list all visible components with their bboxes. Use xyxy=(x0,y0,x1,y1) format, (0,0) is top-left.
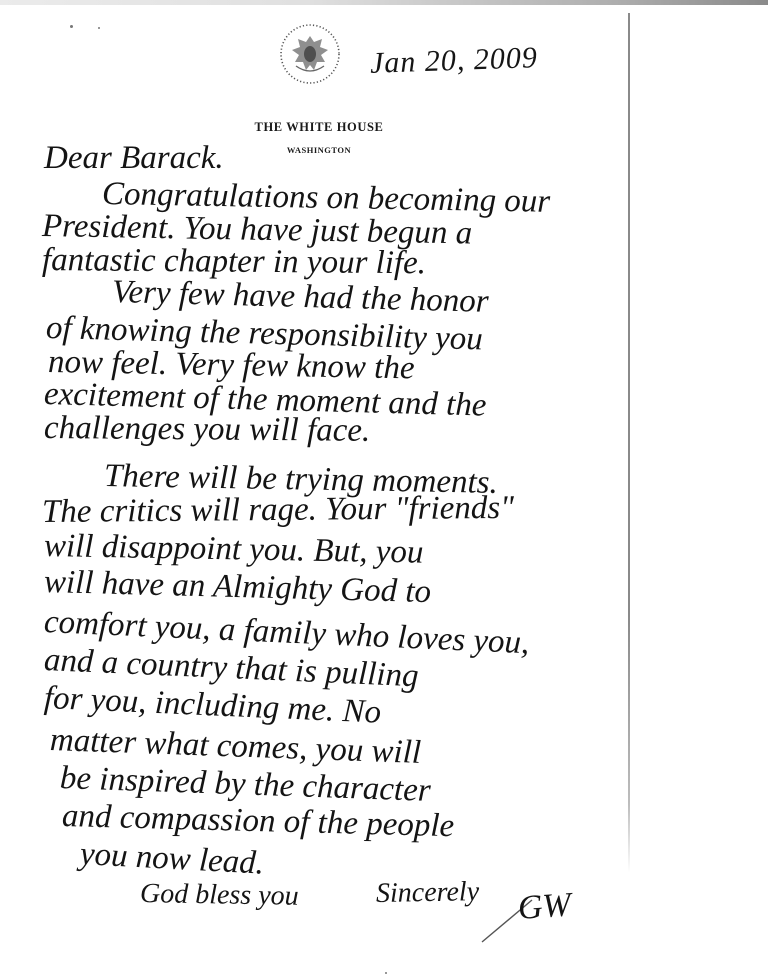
letter-date: Jan 20, 2009 xyxy=(369,41,538,81)
letterhead-subtitle: WASHINGTON xyxy=(254,145,384,155)
body-line: The critics will rage. Your "friends" xyxy=(42,492,514,529)
body-line: you now lead. xyxy=(79,838,265,881)
body-line: challenges you will face. xyxy=(44,412,371,448)
presidential-seal-icon xyxy=(278,22,342,86)
letterhead-title: THE WHITE HOUSE xyxy=(244,120,394,135)
salutation: Dear Barack. xyxy=(44,142,224,175)
scan-top-edge xyxy=(0,0,768,5)
body-line: will have an Almighty God to xyxy=(44,566,432,609)
scan-speck xyxy=(70,25,73,28)
closing-valediction: Sincerely xyxy=(376,878,480,908)
closing-blessing: God bless you xyxy=(140,880,299,911)
scan-speck xyxy=(98,27,100,29)
page-fold-rule xyxy=(628,13,630,873)
body-line: will disappoint you. But, you xyxy=(44,530,424,570)
signature: GW xyxy=(517,888,572,926)
scan-speck xyxy=(385,972,387,974)
body-line: and compassion of the people xyxy=(62,800,455,843)
body-line: fantastic chapter in your life. xyxy=(42,244,426,280)
